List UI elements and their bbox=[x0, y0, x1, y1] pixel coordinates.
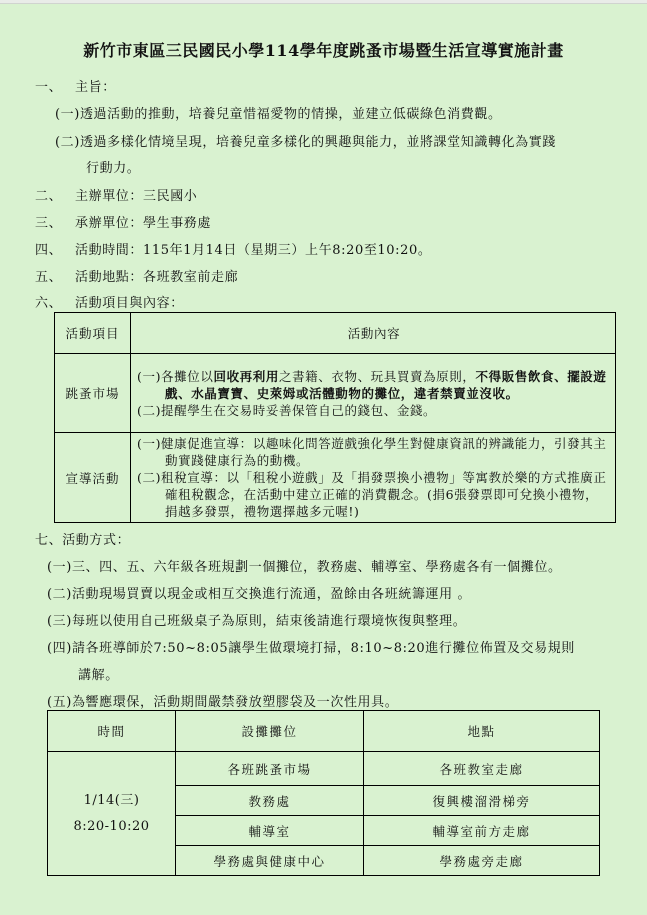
text-segment: (一)各攤位以 bbox=[137, 369, 213, 384]
organizer: 主辦單位：三民國小 bbox=[75, 189, 197, 204]
event-location: 活動地點：各班教室前走廊 bbox=[75, 270, 238, 285]
section-label: 主旨： bbox=[75, 80, 116, 95]
header-cell: 活動內容 bbox=[131, 313, 616, 354]
purpose-item-2: (二)透過多樣化情境呈現，培養兒童多樣化的興趣與能力，並將課堂知識轉化為實踐 bbox=[55, 131, 556, 150]
activity-item-cell: 宣導活動 bbox=[55, 433, 131, 523]
header-cell: 地點 bbox=[364, 711, 600, 752]
activity-table: 活動項目 活動內容 跳蚤市場 (一)各攤位以回收再利用之書籍、衣物、玩具買賣為原… bbox=[54, 312, 616, 523]
section-number: 四、 bbox=[35, 239, 75, 258]
section-3: 三、承辦單位：學生事務處 bbox=[35, 212, 211, 231]
section-number: 一、 bbox=[35, 76, 75, 95]
activity-item-cell: 跳蚤市場 bbox=[55, 354, 131, 433]
booth-cell: 輔導室 bbox=[176, 816, 364, 846]
method-item-5: (五)為響應環保，活動期間嚴禁發放塑膠袋及一次性用具。 bbox=[47, 691, 398, 710]
page-top-edge bbox=[0, 0, 647, 4]
document-title: 新竹市東區三民國民小學114學年度跳蚤市場暨生活宣導實施計畫 bbox=[0, 38, 647, 61]
section-5: 五、活動地點：各班教室前走廊 bbox=[35, 266, 238, 285]
executing-unit: 承辦單位：學生事務處 bbox=[75, 216, 211, 231]
booth-cell: 學務處與健康中心 bbox=[176, 846, 364, 876]
section-4: 四、活動時間：115年1月14日（星期三）上午8:20至10:20。 bbox=[35, 239, 431, 258]
booth-cell: 各班跳蚤市場 bbox=[176, 752, 364, 786]
content-item: (一)健康促進宣導：以趣味化問答遊戲強化學生對健康資訊的辨識能力，引發其主動實踐… bbox=[137, 435, 611, 469]
method-item-4-cont: 講解。 bbox=[78, 664, 119, 683]
table-row: 1/14(三) 8:20-10:20 各班跳蚤市場 各班教室走廊 bbox=[48, 752, 600, 786]
section-number: 五、 bbox=[35, 266, 75, 285]
header-cell: 時間 bbox=[48, 711, 176, 752]
text-segment: 之書籍、衣物、玩具買賣為原則， bbox=[279, 369, 476, 384]
schedule-table: 時間 設攤攤位 地點 1/14(三) 8:20-10:20 各班跳蚤市場 各班教… bbox=[47, 710, 600, 876]
section-label: 活動項目與內容： bbox=[75, 296, 184, 311]
purpose-item-2-cont: 行動力。 bbox=[86, 157, 140, 176]
location-cell: 復興樓溜滑梯旁 bbox=[364, 786, 600, 816]
time-range-text: 8:20-10:20 bbox=[49, 814, 174, 840]
location-cell: 各班教室走廊 bbox=[364, 752, 600, 786]
section-number: 二、 bbox=[35, 185, 75, 204]
section-1-heading: 一、主旨： bbox=[35, 76, 116, 95]
activity-content-cell: (一)各攤位以回收再利用之書籍、衣物、玩具買賣為原則，不得販售飲食、擺設遊戲、水… bbox=[131, 354, 616, 433]
location-cell: 輔導室前方走廊 bbox=[364, 816, 600, 846]
section-7-heading: 七、活動方式： bbox=[35, 529, 130, 548]
header-cell: 設攤攤位 bbox=[176, 711, 364, 752]
booth-cell: 教務處 bbox=[176, 786, 364, 816]
table-row: 跳蚤市場 (一)各攤位以回收再利用之書籍、衣物、玩具買賣為原則，不得販售飲食、擺… bbox=[55, 354, 616, 433]
event-time: 活動時間：115年1月14日（星期三）上午8:20至10:20。 bbox=[75, 243, 431, 258]
section-6: 六、活動項目與內容： bbox=[35, 292, 184, 311]
purpose-item-1: (一)透過活動的推動，培養兒童惜福愛物的情操，並建立低碳綠色消費觀。 bbox=[55, 103, 502, 122]
table-header-row: 時間 設攤攤位 地點 bbox=[48, 711, 600, 752]
section-number: 三、 bbox=[35, 212, 75, 231]
table-row: 宣導活動 (一)健康促進宣導：以趣味化問答遊戲強化學生對健康資訊的辨識能力，引發… bbox=[55, 433, 616, 523]
method-item-4: (四)請各班導師於7:50~8:05讓學生做環境打掃，8:10~8:20進行攤位… bbox=[47, 637, 575, 656]
section-number: 六、 bbox=[35, 292, 75, 311]
method-item-1: (一)三、四、五、六年級各班規劃一個攤位，教務處、輔導室、學務處各有一個攤位。 bbox=[47, 556, 562, 575]
method-item-3: (三)每班以使用自己班級桌子為原則，結束後請進行環境恢復與整理。 bbox=[47, 610, 466, 629]
header-cell: 活動項目 bbox=[55, 313, 131, 354]
bold-text-segment: 回收再利用 bbox=[213, 369, 279, 384]
content-item: (一)各攤位以回收再利用之書籍、衣物、玩具買賣為原則，不得販售飲食、擺設遊戲、水… bbox=[137, 368, 611, 402]
activity-content-cell: (一)健康促進宣導：以趣味化問答遊戲強化學生對健康資訊的辨識能力，引發其主動實踐… bbox=[131, 433, 616, 523]
content-item: (二)租稅宣導：以「租稅小遊戲」及「捐發票換小禮物」等寓教於樂的方式推廣正確租稅… bbox=[137, 469, 611, 520]
location-cell: 學務處旁走廊 bbox=[364, 846, 600, 876]
date-text: 1/14(三) bbox=[49, 788, 174, 814]
time-cell: 1/14(三) 8:20-10:20 bbox=[48, 752, 176, 876]
section-2: 二、主辦單位：三民國小 bbox=[35, 185, 197, 204]
method-item-2: (二)活動現場買賣以現金或相互交換進行流通，盈餘由各班統籌運用 。 bbox=[47, 583, 471, 602]
content-item: (二)提醒學生在交易時妥善保管自己的錢包、金錢。 bbox=[137, 402, 611, 419]
table-header-row: 活動項目 活動內容 bbox=[55, 313, 616, 354]
